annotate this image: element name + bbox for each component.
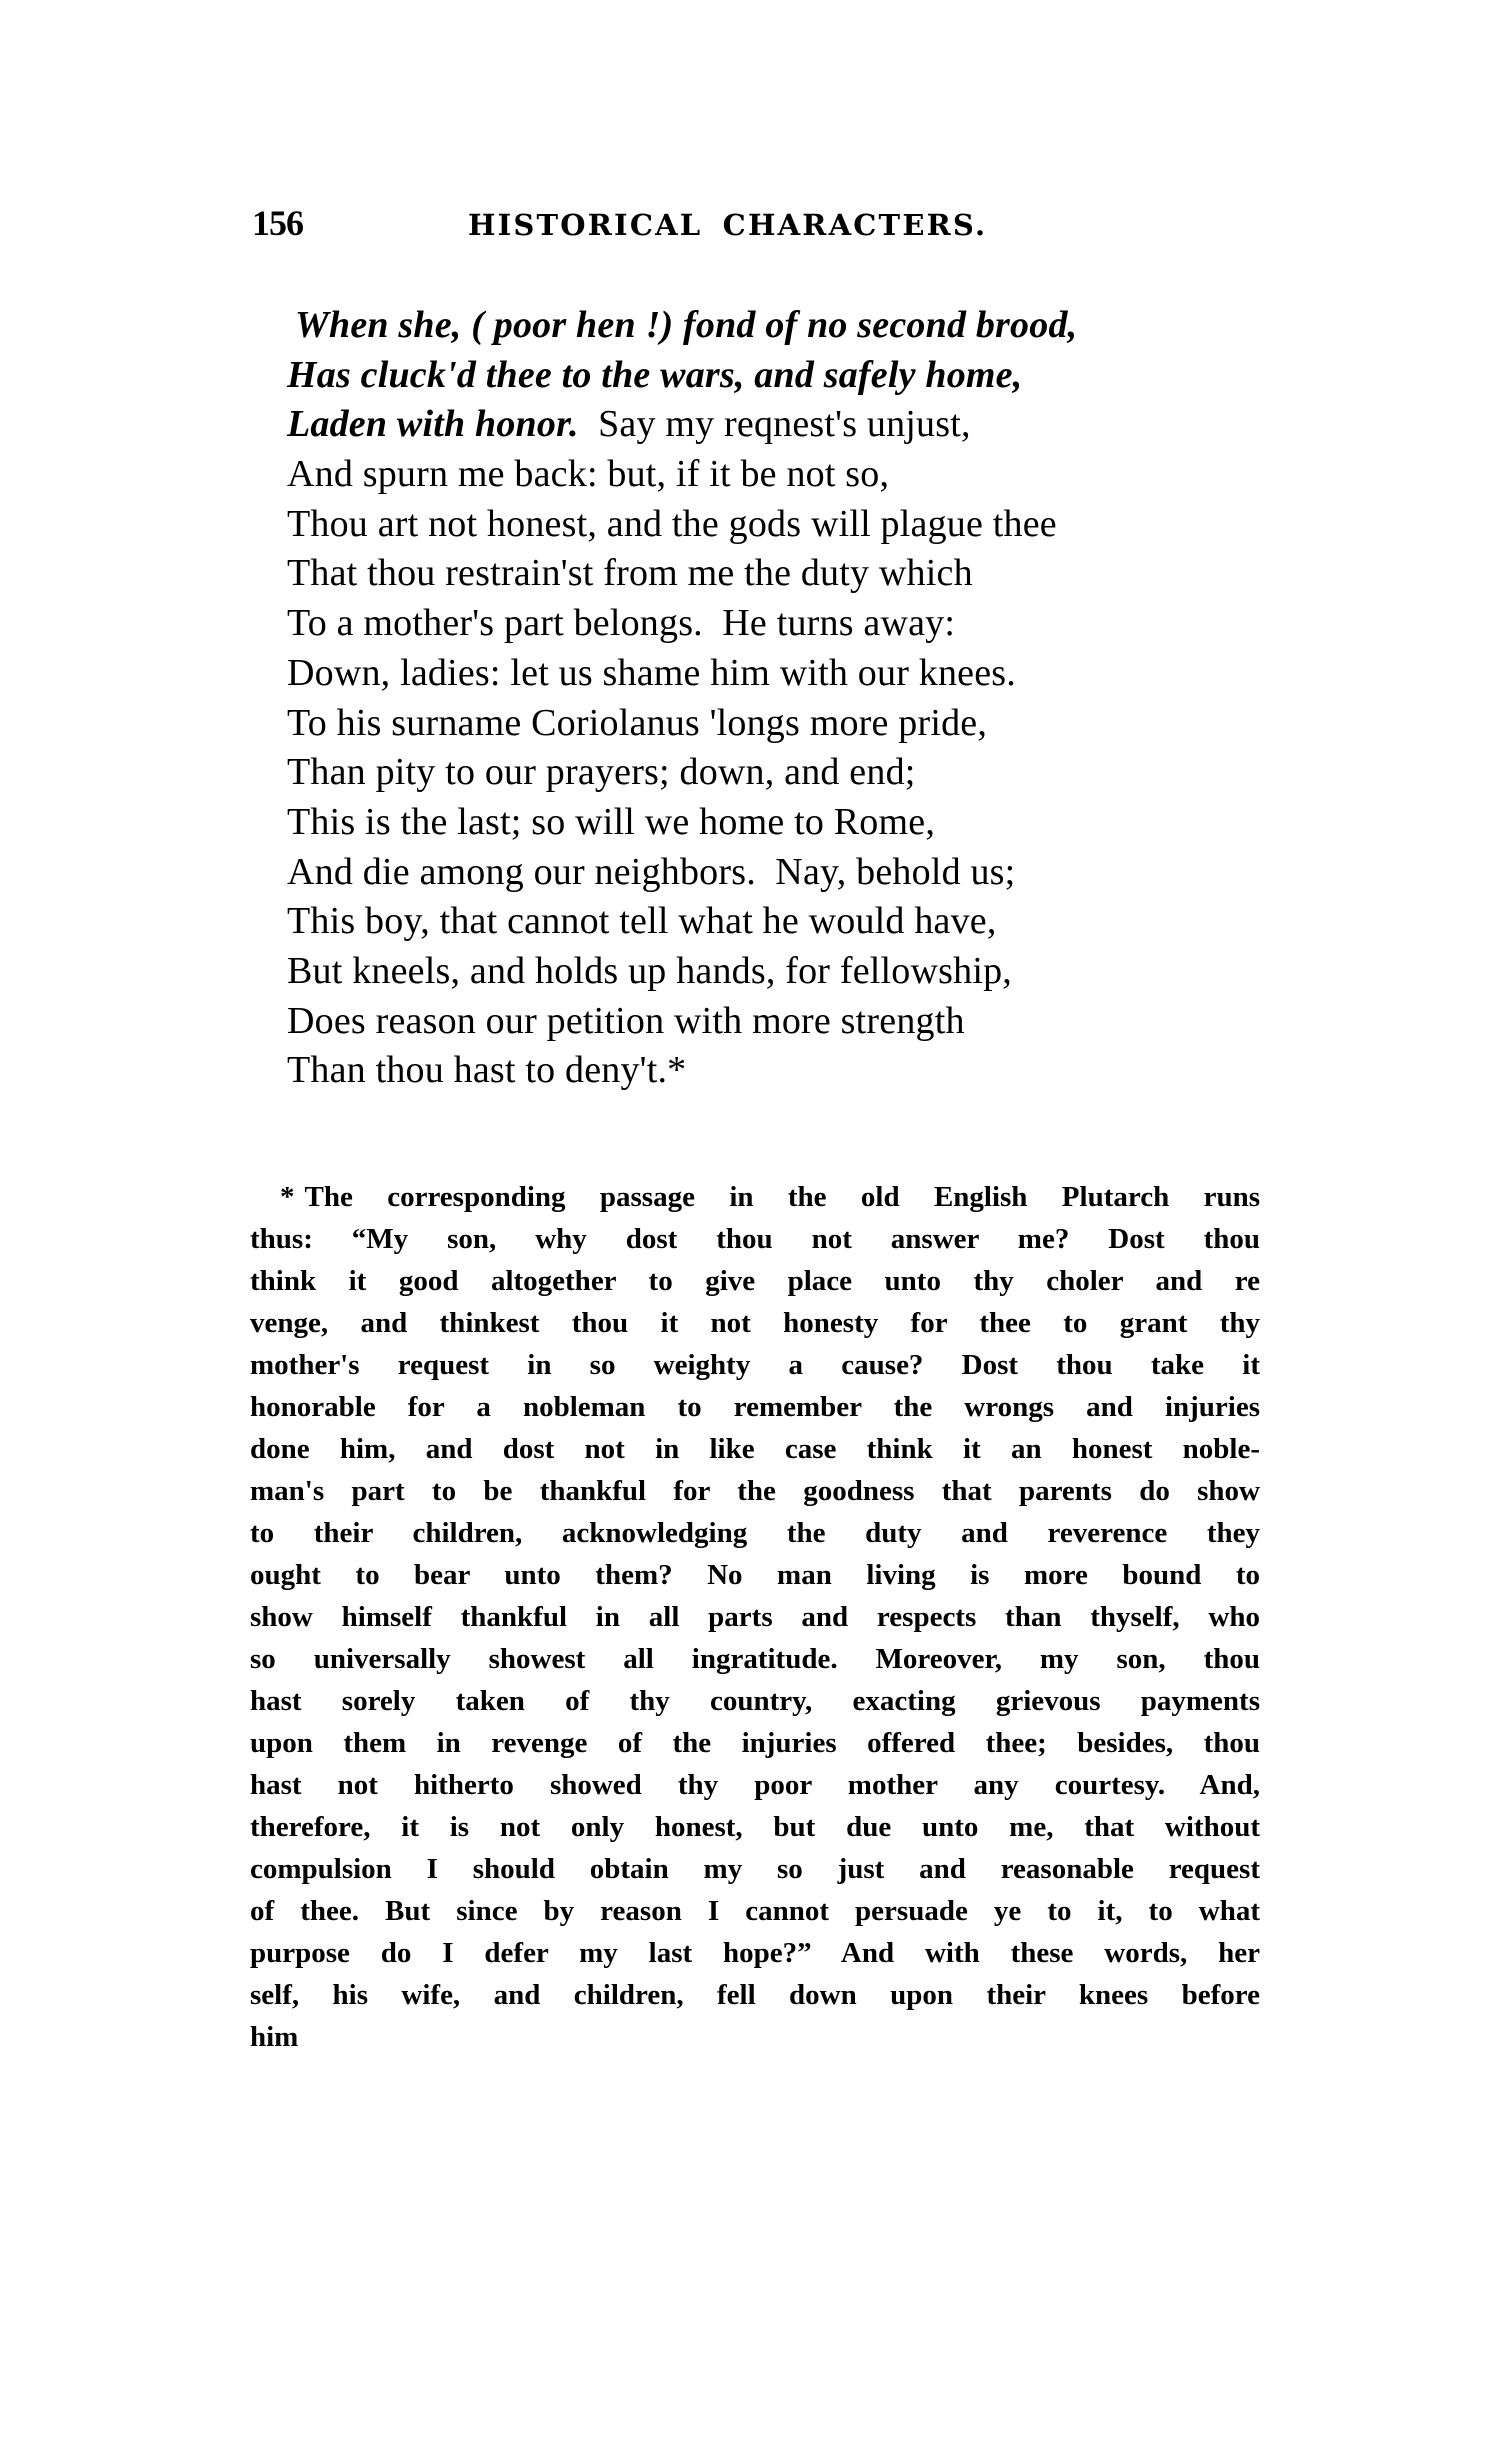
verse-roman: To his surname Coriolanus 'longs more pr… [287,702,987,744]
footnote-line: hast sorely taken of thy country, exacti… [250,1680,1260,1722]
footnote-line: thus: “My son, why dost thou not answer … [250,1218,1260,1260]
verse-line: When she, ( poor hen !) fond of no secon… [287,301,1247,351]
verse-roman: Say my reqnest's unjust, [579,403,971,445]
verse-line: Than pity to our prayers; down, and end; [287,748,1247,798]
footnote-line: done him, and dost not in like case thin… [250,1428,1260,1470]
verse-roman: To a mother's part belongs. He turns awa… [287,602,955,644]
verse-roman: Than pity to our prayers; down, and end; [287,751,916,793]
footnote-marker: * [280,1176,295,1218]
verse-line: But kneels, and holds up hands, for fell… [287,947,1247,997]
footnote-line: ought to bear unto them? No man living i… [250,1554,1260,1596]
verse-line: This boy, that cannot tell what he would… [287,897,1247,947]
footnote-line: to their children, acknowledging the dut… [250,1512,1260,1554]
verse-roman: That thou restrain'st from me the duty w… [287,552,973,594]
footnote-line: show himself thankful in all parts and r… [250,1596,1260,1638]
verse-roman: This is the last; so will we home to Rom… [287,801,935,843]
verse-line: Laden with honor. Say my reqnest's unjus… [287,400,1247,450]
footnote-line: purpose do I defer my last hope?” And wi… [250,1932,1260,1974]
page-header: 156 HISTORICAL CHARACTERS. [252,203,1262,247]
running-head: HISTORICAL CHARACTERS. [468,207,987,243]
verse-roman: Does reason our petition with more stren… [287,1000,965,1042]
verse-line: Down, ladies: let us shame him with our … [287,649,1247,699]
verse-line: To his surname Coriolanus 'longs more pr… [287,699,1247,749]
verse-roman: This boy, that cannot tell what he would… [287,900,997,942]
verse-line: Than thou hast to deny't.* [287,1046,1247,1096]
verse-line: Does reason our petition with more stren… [287,997,1247,1047]
footnote-line: man's part to be thankful for the goodne… [250,1470,1260,1512]
book-page: 156 HISTORICAL CHARACTERS. When she, ( p… [0,0,1496,2452]
footnote-line: compulsion I should obtain my so just an… [250,1848,1260,1890]
verse-italic: When she, ( poor hen !) fond of no secon… [295,304,1077,346]
verse-passage: When she, ( poor hen !) fond of no secon… [287,301,1247,1096]
footnote-line: therefore, it is not only honest, but du… [250,1806,1260,1848]
footnote-line: honorable for a nobleman to remember the… [250,1386,1260,1428]
footnote-line: think it good altogether to give place u… [250,1260,1260,1302]
verse-line: This is the last; so will we home to Rom… [287,798,1247,848]
footnote-line: venge, and thinkest thou it not honesty … [250,1302,1260,1344]
footnote: *The corresponding passage in the old En… [250,1176,1260,2058]
verse-line: And die among our neighbors. Nay, behold… [287,848,1247,898]
verse-roman: Down, ladies: let us shame him with our … [287,652,1016,694]
footnote-line: upon them in revenge of the injuries off… [250,1722,1260,1764]
footnote-line: of thee. But since by reason I cannot pe… [250,1890,1260,1932]
page-number: 156 [252,203,303,243]
footnote-line: *The corresponding passage in the old En… [250,1176,1260,1218]
footnote-text: The corresponding passage in the old Eng… [305,1181,1261,1213]
verse-line: And spurn me back: but, if it be not so, [287,450,1247,500]
footnote-line: hast not hitherto showed thy poor mother… [250,1764,1260,1806]
verse-roman: Thou art not honest, and the gods will p… [287,503,1057,545]
verse-line: Thou art not honest, and the gods will p… [287,500,1247,550]
verse-italic: Laden with honor. [287,403,579,445]
verse-roman: Than thou hast to deny't.* [287,1049,686,1091]
verse-line: Has cluck'd thee to the wars, and safely… [287,351,1247,401]
verse-roman: And spurn me back: but, if it be not so, [287,453,889,495]
verse-line: That thou restrain'st from me the duty w… [287,549,1247,599]
verse-italic: Has cluck'd thee to the wars, and safely… [287,354,1022,396]
footnote-line: self, his wife, and children, fell down … [250,1974,1260,2016]
verse-roman: And die among our neighbors. Nay, behold… [287,851,1015,893]
verse-line: To a mother's part belongs. He turns awa… [287,599,1247,649]
verse-roman: But kneels, and holds up hands, for fell… [287,950,1012,992]
footnote-line: mother's request in so weighty a cause? … [250,1344,1260,1386]
footnote-line: him [250,2016,1260,2058]
footnote-line: so universally showest all ingratitude. … [250,1638,1260,1680]
